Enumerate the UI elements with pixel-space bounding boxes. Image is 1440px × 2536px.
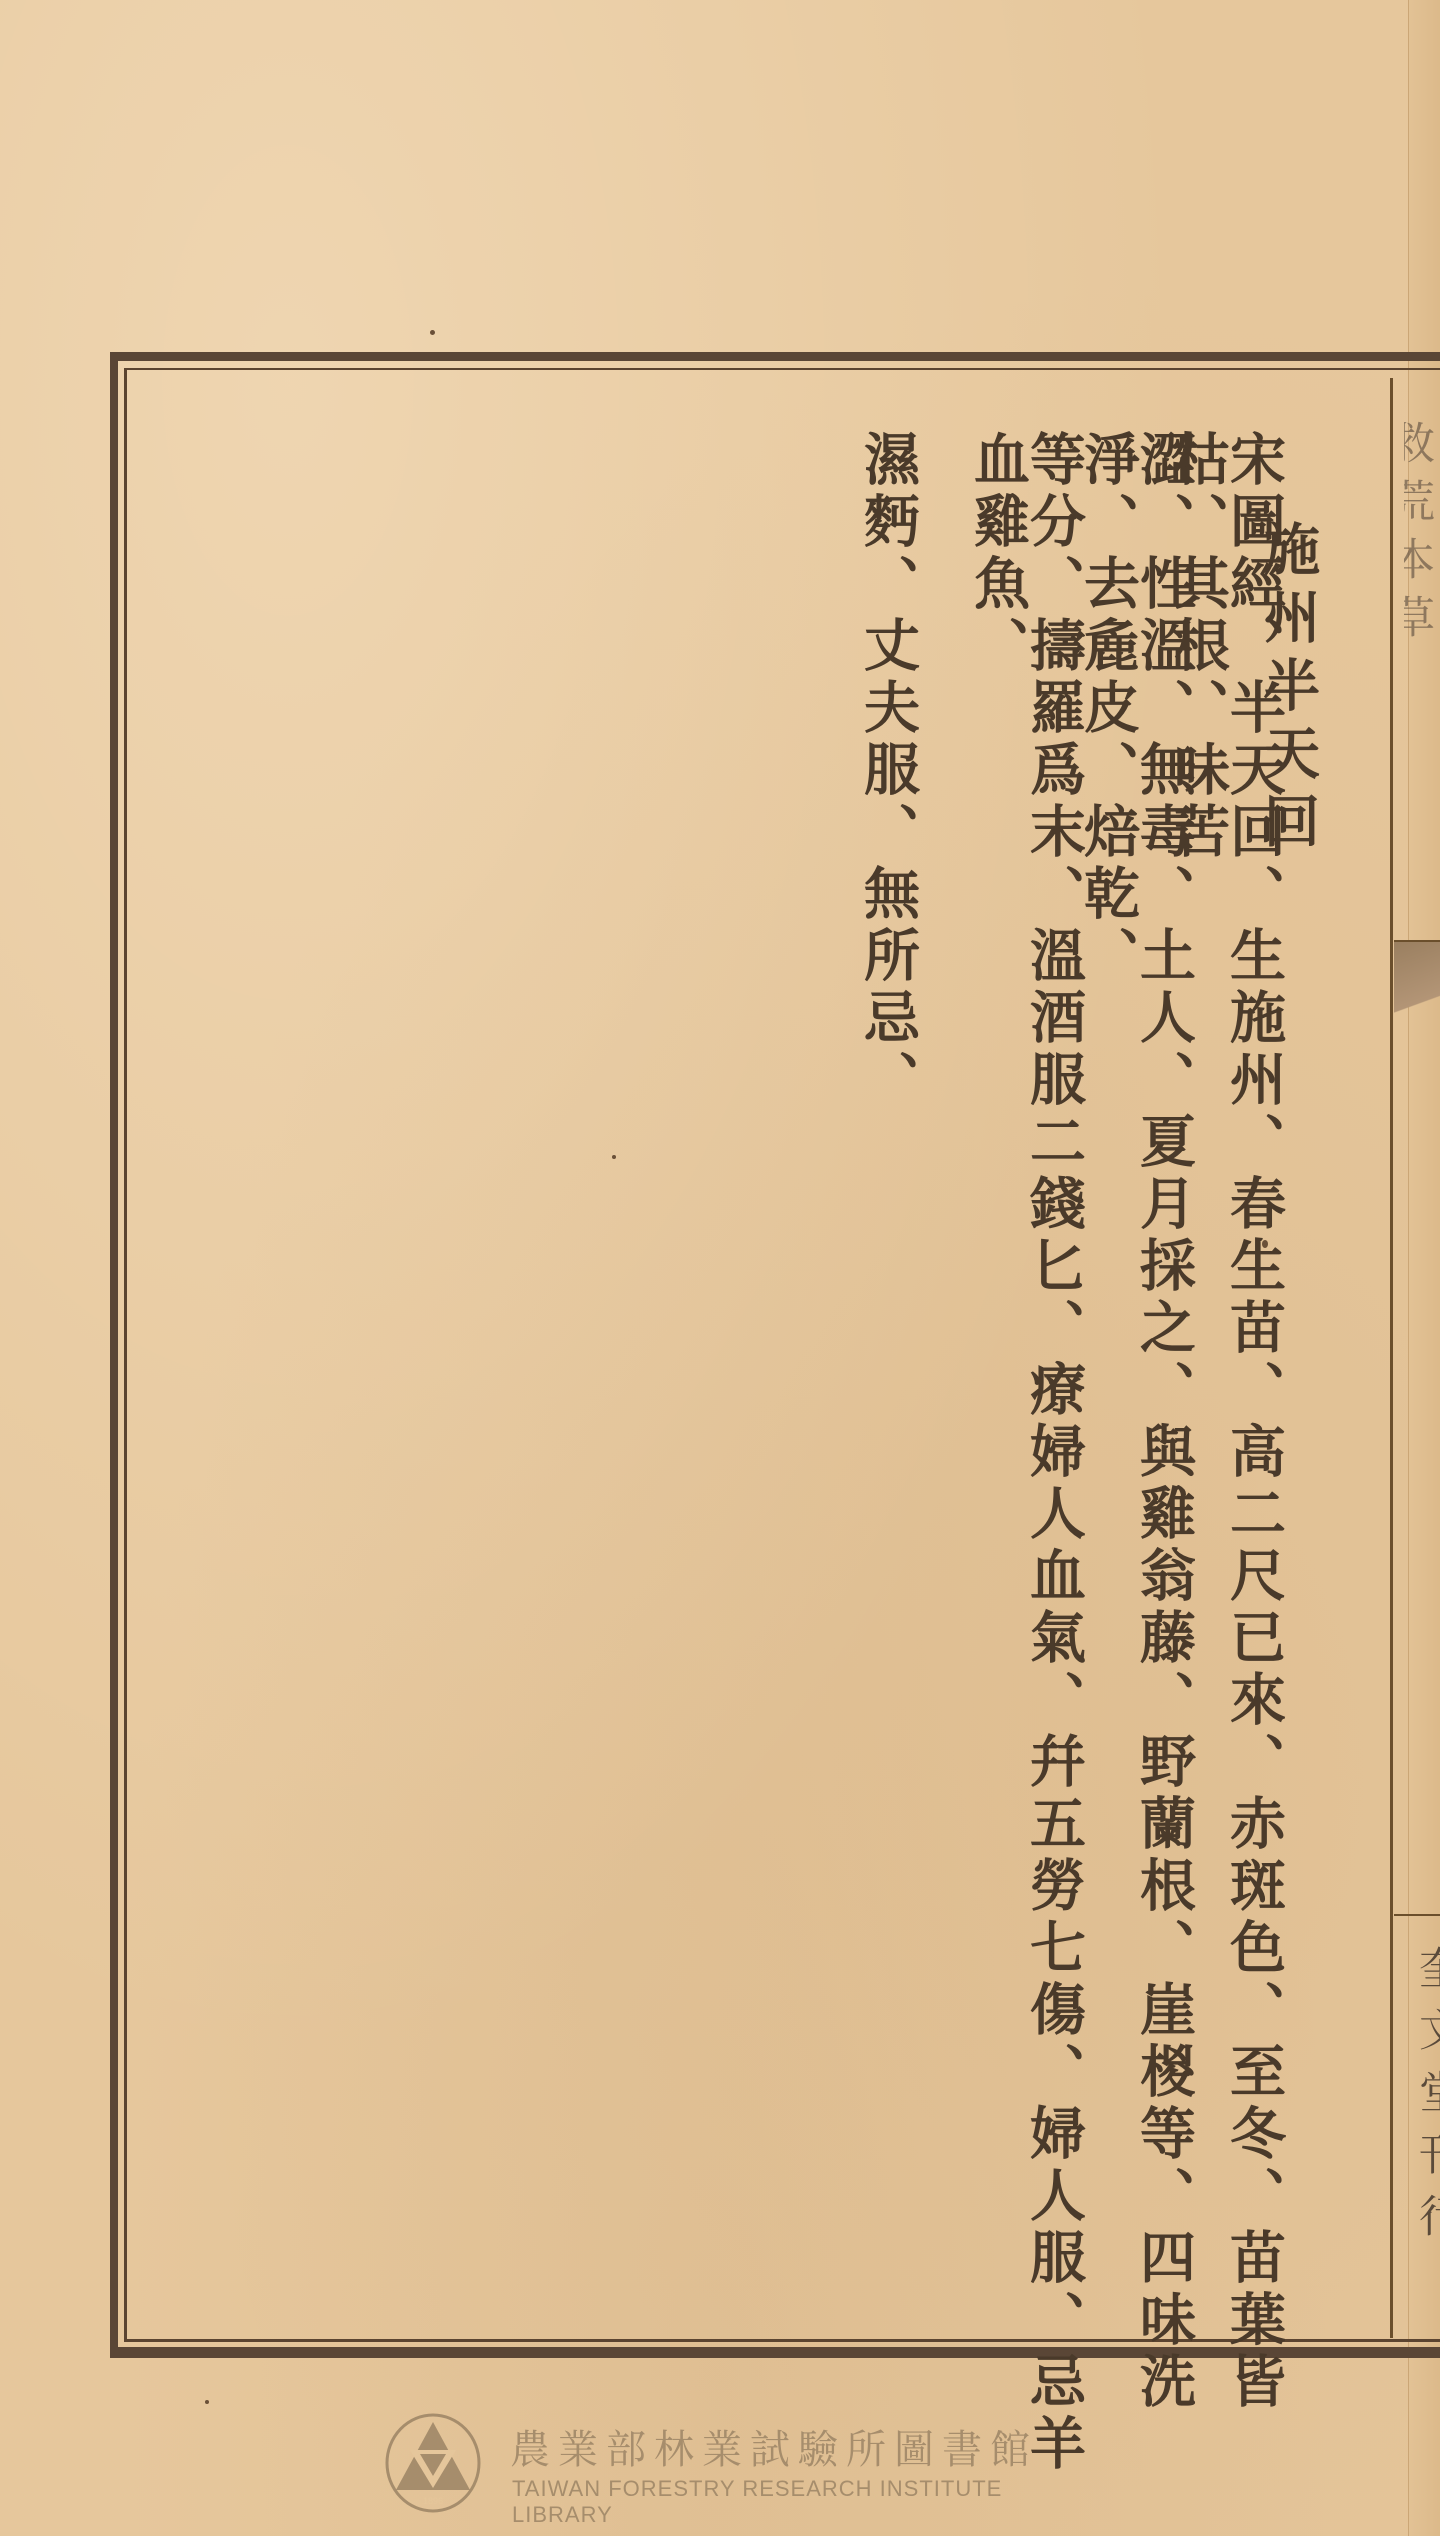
text-column-4: 濕麪、丈夫服、無所忌、 xyxy=(860,430,916,1112)
svg-text:1896: 1896 xyxy=(423,2496,443,2506)
margin-divider xyxy=(1394,1914,1440,1916)
paper-speck xyxy=(1262,1240,1268,1248)
margin-title-fragment: 救荒本草 xyxy=(1404,420,1440,900)
paper-speck xyxy=(612,1155,616,1159)
center-fold-rule xyxy=(1390,378,1393,2338)
institute-logo-icon: 1896 xyxy=(380,2410,486,2516)
paper-speck xyxy=(205,2400,209,2404)
paper-speck xyxy=(430,330,435,335)
text-column-3: 等分、擣羅爲末、溫酒服二錢匕、療婦人血氣、幷五勞七傷、婦人服、忌羊血雞魚、 xyxy=(970,430,1082,2536)
text-column-2: 澀、性溫、無毒、土人、夏月採之、與雞翁藤、野蘭根、崖椶等、四味洗淨、去麁皮、焙乾… xyxy=(1080,430,1192,2536)
library-watermark: 1896 農業部林業試驗所圖書館 TAIWAN FORESTRY RESEARC… xyxy=(380,2410,1080,2520)
library-name-english: TAIWAN FORESTRY RESEARCH INSTITUTE LIBRA… xyxy=(512,2476,1080,2528)
publisher-imprint: 奎文堂刊行 xyxy=(1404,1945,1440,2255)
fishtail-mark xyxy=(1394,940,1440,1042)
library-name-chinese: 農業部林業試驗所圖書館 xyxy=(510,2418,1038,2475)
